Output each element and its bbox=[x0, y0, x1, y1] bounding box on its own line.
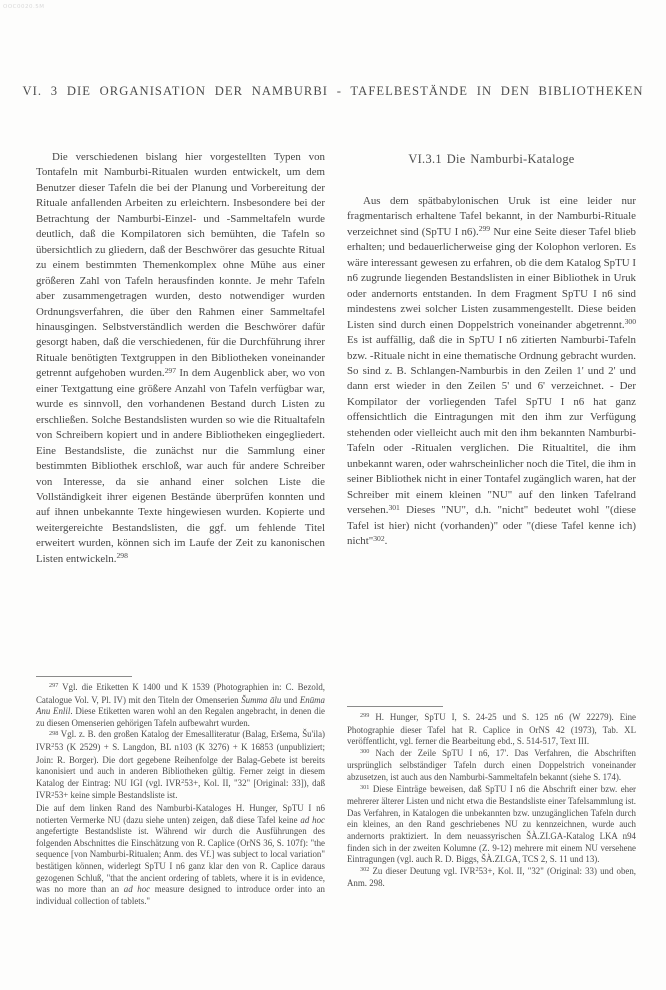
right-column: VI.3.1 Die Namburbi-Kataloge Aus dem spä… bbox=[347, 152, 636, 549]
footnote-302: 302 Zu dieser Deutung vgl. IVR253+, Kol.… bbox=[347, 866, 636, 890]
footnote-301: 301 Diese Einträge beweisen, daß SpTU I … bbox=[347, 784, 636, 866]
footnote-separator-rule bbox=[36, 676, 132, 677]
footnote-298-continuation: Die auf dem linken Rand des Namburbi-Kat… bbox=[36, 803, 325, 907]
body-paragraph-left: Die verschiedenen bislang hier vorgestel… bbox=[36, 150, 325, 567]
footnote-separator-rule bbox=[347, 706, 443, 707]
body-paragraph-right: Aus dem spätbabylonischen Uruk ist eine … bbox=[347, 194, 636, 549]
section-heading: VI.3.1 Die Namburbi-Kataloge bbox=[347, 152, 636, 167]
footnote-297: 297 Vgl. die Etiketten K 1400 und K 1539… bbox=[36, 682, 325, 729]
footnotes-right-column: 299 H. Hunger, SpTU I, S. 24-25 und S. 1… bbox=[347, 706, 636, 890]
footnotes-left-column: 297 Vgl. die Etiketten K 1400 und K 1539… bbox=[36, 676, 325, 907]
scan-artifact-watermark: OOC0020.5M bbox=[3, 4, 45, 10]
footnote-298: 298 Vgl. z. B. den großen Katalog der Em… bbox=[36, 729, 325, 803]
left-column: Die verschiedenen bislang hier vorgestel… bbox=[36, 150, 325, 567]
scanned-book-page: OOC0020.5M VI. 3 DIE ORGANISATION DER NA… bbox=[0, 0, 666, 990]
footnote-300: 300 Nach der Zeile SpTU I n6, 17'. Das V… bbox=[347, 748, 636, 784]
chapter-heading: VI. 3 DIE ORGANISATION DER NAMBURBI - TA… bbox=[20, 84, 646, 99]
footnote-299: 299 H. Hunger, SpTU I, S. 24-25 und S. 1… bbox=[347, 712, 636, 748]
